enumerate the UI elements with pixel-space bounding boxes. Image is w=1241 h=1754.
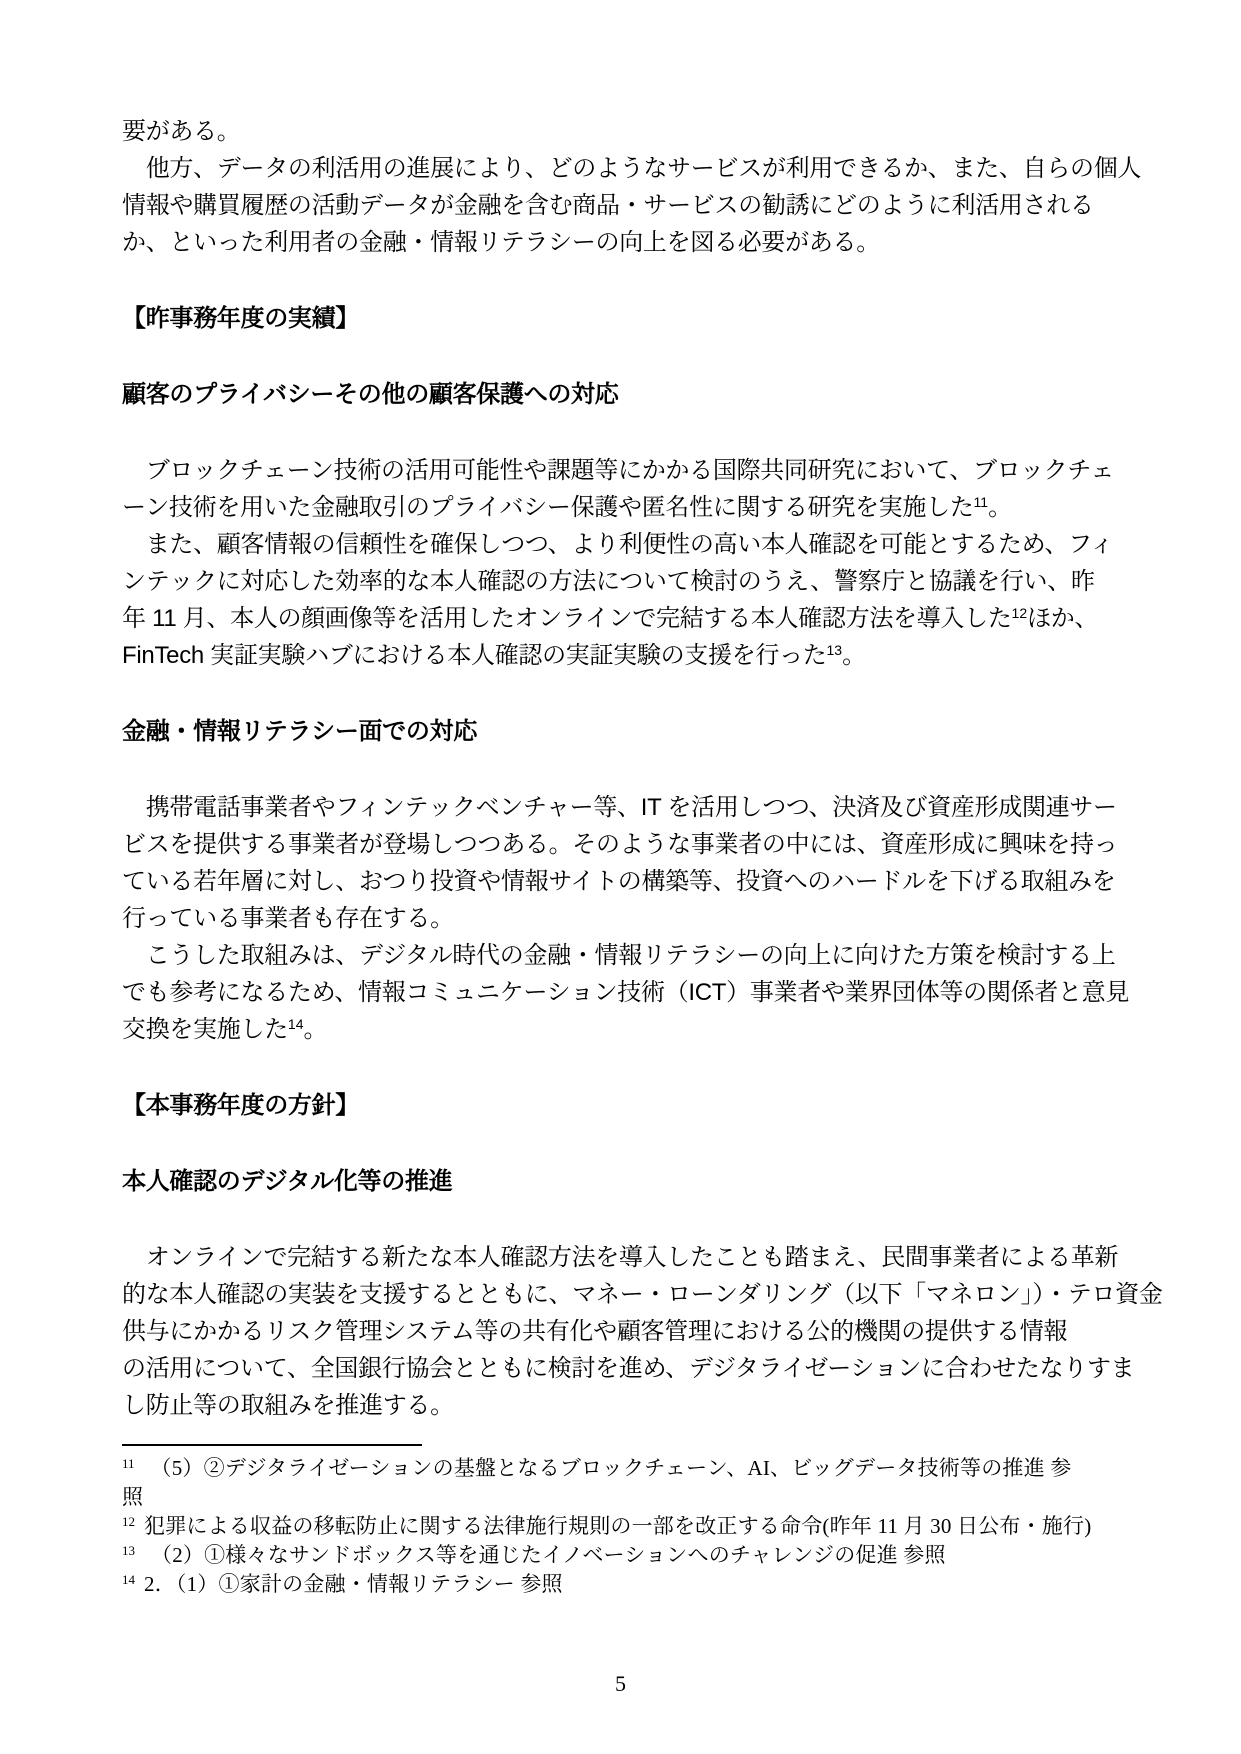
text-run: 。 [988,494,1012,521]
footnote-text: （2）①様々なサンドボックス等を通じたイノベーションへのチャレンジの促進 参照 [151,1543,946,1567]
text-run: ほか、 [1027,605,1098,632]
text-line: 行っている事業者も存在する。 [122,900,1124,937]
text-line: 交換を実施した14。 [122,1011,1124,1048]
text-line: FinTech 実証実験ハブにおける本人確認の実証実験の支援を行った13。 [122,637,1124,674]
text-line: また、顧客情報の信頼性を確保しつつ、より利便性の高い本人確認を可能とするため、フ… [122,526,1124,563]
text-run: 。 [303,1016,327,1043]
text-line: 要がある。 [122,113,1124,150]
text-line: 情報や購買履歴の活動データが金融を含む商品・サービスの勧誘にどのように利活用され… [122,187,1124,224]
text-line: か、といった利用者の金融・情報リテラシーの向上を図る必要がある。 [122,224,1124,261]
paragraph-data-use: 他方、データの利活用の進展により、どのようなサービスが利用できるか、また、自らの… [122,150,1124,261]
footnote-item-14: 142．（1）①家計の金融・情報リテラシー 参照 [122,1570,1124,1599]
footnote-ref-13: 13 [827,642,843,658]
footnote-item-13: 13（2）①様々なサンドボックス等を通じたイノベーションへのチャレンジの促進 参… [122,1541,1124,1570]
footnote-ref-12: 12 [1012,605,1028,621]
footnote-item-11: 11（5）②デジタライゼーションの基盤となるブロックチェーン、AI、ビッグデータ… [122,1454,1124,1512]
footnote-line: 11（5）②デジタライゼーションの基盤となるブロックチェーン、AI、ビッグデータ… [122,1454,1124,1483]
footnote-text: 犯罪による収益の移転防止に関する法律施行規則の一部を改正する命令(昨年 11 月… [144,1514,1091,1538]
subsection-heading-digital-identity: 本人確認のデジタル化等の推進 [122,1163,1124,1200]
section-heading-last-year-results: 【昨事務年度の実績】 [122,300,1124,337]
text-line: でも参考になるため、情報コミュニケーション技術（ICT）事業者や業界団体等の関係… [122,974,1124,1011]
footnote-marker-11: 11 [122,1456,135,1471]
footnote-line: 12犯罪による収益の移転防止に関する法律施行規則の一部を改正する命令(昨年 11… [122,1512,1124,1541]
footnote-ref-11: 11 [974,494,989,510]
section-heading-this-year-policy: 【本事務年度の方針】 [122,1087,1124,1124]
paragraph-carryover: 要がある。 [122,113,1124,150]
footnote-line: 照 [122,1483,1124,1512]
text-line: の活用について、全国銀行協会とともに検討を進め、デジタライゼーションに合わせたな… [122,1350,1124,1387]
footnote-line: 13（2）①様々なサンドボックス等を通じたイノベーションへのチャレンジの促進 参… [122,1541,1124,1570]
footnote-text: 照 [122,1485,143,1509]
footnote-text: 2．（1）①家計の金融・情報リテラシー 参照 [144,1572,563,1596]
text-line: ンテックに対応した効率的な本人確認の方法について検討のうえ、警察庁と協議を行い、… [122,563,1124,600]
document-body-text: 要がある。 他方、データの利活用の進展により、どのようなサービスが利用できるか、… [122,113,1124,1599]
footnote-item-12: 12犯罪による収益の移転防止に関する法律施行規則の一部を改正する命令(昨年 11… [122,1512,1124,1541]
text-line: 他方、データの利活用の進展により、どのようなサービスが利用できるか、また、自らの… [122,150,1124,187]
footnote-ref-14: 14 [288,1016,304,1032]
text-run: FinTech 実証実験ハブにおける本人確認の実証実験の支援を行った [122,642,827,669]
paragraph-blockchain-kyc: ブロックチェーン技術の活用可能性や課題等にかかる国際共同研究において、ブロックチ… [122,452,1124,674]
text-run: 年 11 月、本人の顔画像等を活用したオンラインで完結する本人確認方法を導入した [122,605,1012,632]
footnote-marker-12: 12 [122,1514,135,1529]
paragraph-fintech-services: 携帯電話事業者やフィンテックベンチャー等、IT を活用しつつ、決済及び資産形成関… [122,789,1124,937]
text-line: し防止等の取組みを推進する。 [122,1387,1124,1424]
footnote-marker-13: 13 [122,1543,135,1558]
footnote-text: （5）②デジタライゼーションの基盤となるブロックチェーン、AI、ビッグデータ技術… [151,1456,1072,1480]
footnote-separator-rule [122,1444,422,1446]
text-line: ている若年層に対し、おつり投資や情報サイトの構築等、投資へのハードルを下げる取組… [122,863,1124,900]
text-line: 供与にかかるリスク管理システム等の共有化や顧客管理における公的機関の提供する情報 [122,1313,1124,1350]
subsection-heading-financial-literacy: 金融・情報リテラシー面での対応 [122,713,1124,750]
text-line: 的な本人確認の実装を支援するとともに、マネー・ローンダリング（以下「マネロン」）… [122,1276,1124,1313]
text-run: ーン技術を用いた金融取引のプライバシー保護や匿名性に関する研究を実施した [122,494,974,521]
footnote-line: 142．（1）①家計の金融・情報リテラシー 参照 [122,1570,1124,1599]
subsection-heading-customer-privacy: 顧客のプライバシーその他の顧客保護への対応 [122,376,1124,413]
text-line: 携帯電話事業者やフィンテックベンチャー等、IT を活用しつつ、決済及び資産形成関… [122,789,1124,826]
footnote-marker-14: 14 [122,1572,135,1587]
text-line: ブロックチェーン技術の活用可能性や課題等にかかる国際共同研究において、ブロックチ… [122,452,1124,489]
text-line: ーン技術を用いた金融取引のプライバシー保護や匿名性に関する研究を実施した11。 [122,489,1124,526]
document-page: 要がある。 他方、データの利活用の進展により、どのようなサービスが利用できるか、… [0,0,1241,1754]
text-run: 交換を実施した [122,1016,288,1043]
text-line: 年 11 月、本人の顔画像等を活用したオンラインで完結する本人確認方法を導入した… [122,600,1124,637]
footnotes-section: 11（5）②デジタライゼーションの基盤となるブロックチェーン、AI、ビッグデータ… [122,1444,1124,1599]
text-run: 。 [842,642,866,669]
text-line: ビスを提供する事業者が登場しつつある。そのような事業者の中には、資産形成に興味を… [122,826,1124,863]
paragraph-ict-exchange: こうした取組みは、デジタル時代の金融・情報リテラシーの向上に向けた方策を検討する… [122,937,1124,1048]
page-number: 5 [0,1670,1241,1698]
text-line: こうした取組みは、デジタル時代の金融・情報リテラシーの向上に向けた方策を検討する… [122,937,1124,974]
text-line: オンラインで完結する新たな本人確認方法を導入したことも踏まえ、民間事業者による革… [122,1239,1124,1276]
paragraph-online-kyc-promotion: オンラインで完結する新たな本人確認方法を導入したことも踏まえ、民間事業者による革… [122,1239,1124,1424]
